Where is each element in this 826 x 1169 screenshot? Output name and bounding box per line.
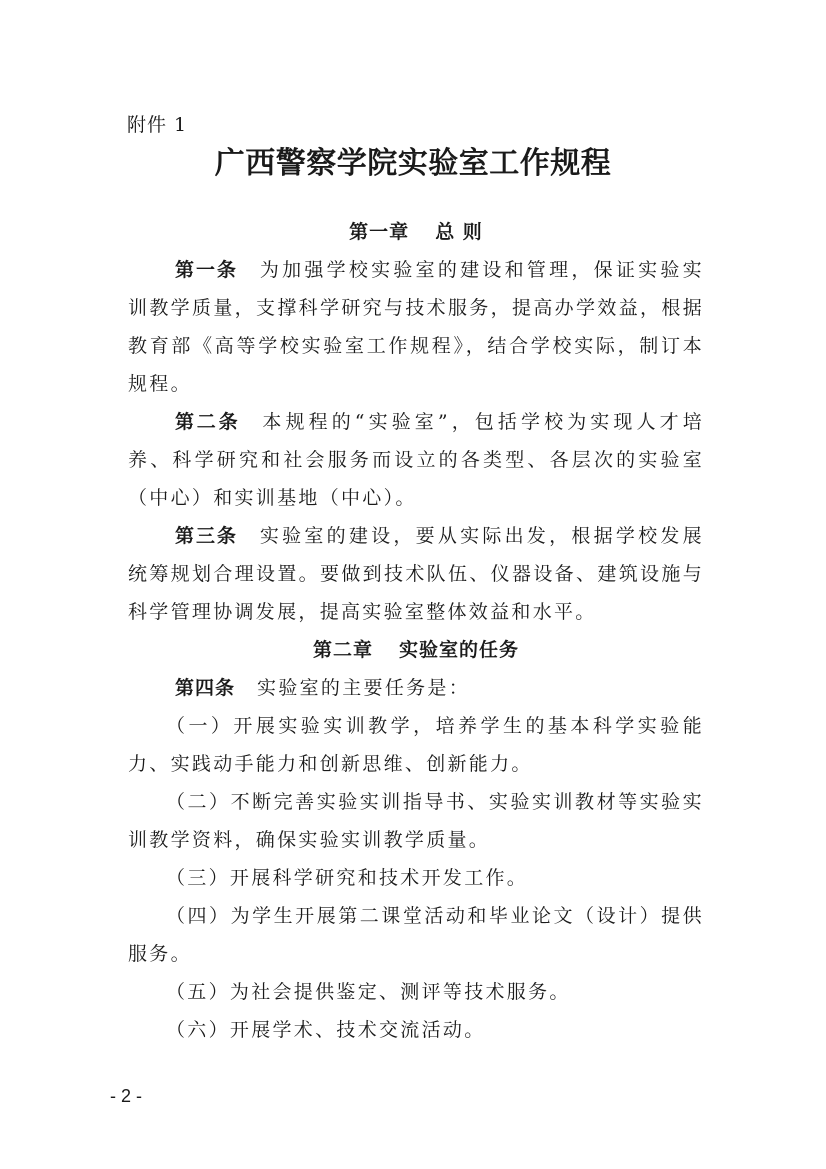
list-item: （二）不断完善实验实训指导书、实验实训教材等实验实训教学资料，确保实验实训教学质… [128,783,704,859]
article-4: 第四条实验室的主要任务是： [128,669,704,707]
list-item: （四）为学生开展第二课堂活动和毕业论文（设计）提供服务。 [128,897,704,973]
chapter-title: 总 则 [435,221,483,243]
attachment-label: 附件 1 [127,110,187,137]
document-page: 附件 1 广西警察学院实验室工作规程 第一章总 则 第一条为加强学校实验室的建设… [0,0,826,1169]
article-label: 第四条 [175,677,235,699]
article-label: 第三条 [175,525,238,547]
chapter-title: 实验室的任务 [399,639,519,661]
chapter-heading-1: 第一章总 则 [128,213,704,251]
chapter-number: 第二章 [313,639,373,661]
list-item: （三）开展科学研究和技术开发工作。 [128,859,704,897]
chapter-heading-2: 第二章实验室的任务 [128,631,704,669]
list-item: （六）开展学术、技术交流活动。 [128,1011,704,1049]
page-number: - 2 - [110,1086,142,1107]
document-body: 第一章总 则 第一条为加强学校实验室的建设和管理，保证实验实训教学质量，支撑科学… [128,213,704,1049]
article-2: 第二条本规程的“实验室”，包括学校为实现人才培养、科学研究和社会服务而设立的各类… [128,403,704,517]
chapter-number: 第一章 [349,221,409,243]
article-label: 第一条 [175,259,238,281]
list-item: （一）开展实验实训教学，培养学生的基本科学实验能力、实践动手能力和创新思维、创新… [128,707,704,783]
article-3: 第三条实验室的建设，要从实际出发，根据学校发展统筹规划合理设置。要做到技术队伍、… [128,517,704,631]
article-1: 第一条为加强学校实验室的建设和管理，保证实验实训教学质量，支撑科学研究与技术服务… [128,251,704,403]
article-text: 实验室的主要任务是： [257,677,470,699]
list-item: （五）为社会提供鉴定、测评等技术服务。 [128,973,704,1011]
article-label: 第二条 [175,411,240,433]
document-title: 广西警察学院实验室工作规程 [0,138,826,182]
